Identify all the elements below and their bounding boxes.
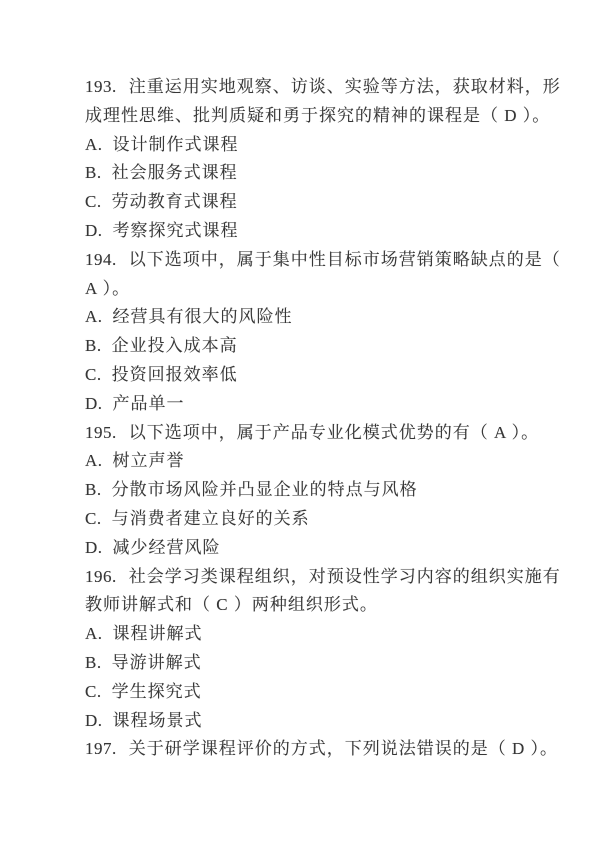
option-letter: D. bbox=[85, 217, 103, 246]
option-letter: A. bbox=[85, 620, 103, 649]
question-text: 196.社会学习类课程组织，对预设性学习内容的组织实施有教师讲解式和（ C ）两… bbox=[85, 563, 572, 621]
option-letter: D. bbox=[85, 390, 103, 419]
option-row: C.学生探究式 bbox=[85, 678, 572, 707]
question-number: 196. bbox=[85, 563, 117, 592]
question-number: 194. bbox=[85, 246, 117, 275]
question-body: 社会学习类课程组织，对预设性学习内容的组织实施有教师讲解式和（ C ）两种组织形… bbox=[85, 567, 561, 615]
option-row: B.导游讲解式 bbox=[85, 649, 572, 678]
option-row: B.分散市场风险并凸显企业的特点与风格 bbox=[85, 476, 572, 505]
option-text: 企业投入成本高 bbox=[112, 336, 238, 355]
option-letter: C. bbox=[85, 678, 102, 707]
option-letter: C. bbox=[85, 505, 102, 534]
option-letter: C. bbox=[85, 188, 102, 217]
option-letter: A. bbox=[85, 447, 103, 476]
option-text: 设计制作式课程 bbox=[113, 135, 239, 154]
option-row: C.投资回报效率低 bbox=[85, 361, 572, 390]
option-letter: D. bbox=[85, 707, 103, 736]
question-body: 关于研学课程评价的方式，下列说法错误的是（ D ）。 bbox=[129, 739, 558, 758]
option-text: 考察探究式课程 bbox=[113, 221, 239, 240]
option-row: D.课程场景式 bbox=[85, 707, 572, 736]
option-row: B.企业投入成本高 bbox=[85, 332, 572, 361]
option-letter: B. bbox=[85, 332, 102, 361]
question-number: 197. bbox=[85, 735, 117, 764]
option-text: 分散市场风险并凸显企业的特点与风格 bbox=[112, 480, 418, 499]
option-row: D.产品单一 bbox=[85, 390, 572, 419]
option-row: A.树立声誉 bbox=[85, 447, 572, 476]
option-row: A.经营具有很大的风险性 bbox=[85, 303, 572, 332]
question-body: 以下选项中，属于产品专业化模式优势的有（ A ）。 bbox=[129, 423, 539, 442]
question-text: 194.以下选项中，属于集中性目标市场营销策略缺点的是（ A ）。 bbox=[85, 246, 572, 304]
option-text: 减少经营风险 bbox=[113, 538, 221, 557]
option-letter: B. bbox=[85, 159, 102, 188]
option-row: C.劳动教育式课程 bbox=[85, 188, 572, 217]
question-text: 193.注重运用实地观察、访谈、实验等方法，获取材料，形成理性思维、批判质疑和勇… bbox=[85, 73, 572, 131]
option-row: C.与消费者建立良好的关系 bbox=[85, 505, 572, 534]
question-block-193: 193.注重运用实地观察、访谈、实验等方法，获取材料，形成理性思维、批判质疑和勇… bbox=[85, 73, 572, 246]
option-row: A.设计制作式课程 bbox=[85, 131, 572, 160]
option-letter: A. bbox=[85, 303, 103, 332]
question-text: 195.以下选项中，属于产品专业化模式优势的有（ A ）。 bbox=[85, 419, 572, 448]
option-text: 社会服务式课程 bbox=[112, 163, 238, 182]
option-text: 经营具有很大的风险性 bbox=[113, 307, 293, 326]
option-letter: D. bbox=[85, 534, 103, 563]
option-text: 与消费者建立良好的关系 bbox=[112, 509, 310, 528]
option-letter: C. bbox=[85, 361, 102, 390]
document-page: 193.注重运用实地观察、访谈、实验等方法，获取材料，形成理性思维、批判质疑和勇… bbox=[0, 0, 600, 849]
question-block-196: 196.社会学习类课程组织，对预设性学习内容的组织实施有教师讲解式和（ C ）两… bbox=[85, 563, 572, 736]
option-text: 劳动教育式课程 bbox=[112, 192, 238, 211]
question-block-197: 197.关于研学课程评价的方式，下列说法错误的是（ D ）。 bbox=[85, 735, 572, 764]
option-row: D.减少经营风险 bbox=[85, 534, 572, 563]
option-letter: A. bbox=[85, 131, 103, 160]
option-text: 投资回报效率低 bbox=[112, 365, 238, 384]
question-number: 193. bbox=[85, 73, 117, 102]
option-text: 课程讲解式 bbox=[113, 624, 203, 643]
question-number: 195. bbox=[85, 419, 117, 448]
option-text: 树立声誉 bbox=[113, 451, 185, 470]
question-body: 注重运用实地观察、访谈、实验等方法，获取材料，形成理性思维、批判质疑和勇于探究的… bbox=[85, 77, 561, 125]
option-row: A.课程讲解式 bbox=[85, 620, 572, 649]
option-text: 产品单一 bbox=[113, 394, 185, 413]
option-letter: B. bbox=[85, 476, 102, 505]
option-row: D.考察探究式课程 bbox=[85, 217, 572, 246]
question-block-194: 194.以下选项中，属于集中性目标市场营销策略缺点的是（ A ）。 A.经营具有… bbox=[85, 246, 572, 419]
option-text: 学生探究式 bbox=[112, 682, 202, 701]
option-text: 导游讲解式 bbox=[112, 653, 202, 672]
question-block-195: 195.以下选项中，属于产品专业化模式优势的有（ A ）。 A.树立声誉 B.分… bbox=[85, 419, 572, 563]
option-text: 课程场景式 bbox=[113, 711, 203, 730]
option-letter: B. bbox=[85, 649, 102, 678]
question-body: 以下选项中，属于集中性目标市场营销策略缺点的是（ A ）。 bbox=[85, 250, 561, 298]
option-row: B.社会服务式课程 bbox=[85, 159, 572, 188]
question-text: 197.关于研学课程评价的方式，下列说法错误的是（ D ）。 bbox=[85, 735, 572, 764]
